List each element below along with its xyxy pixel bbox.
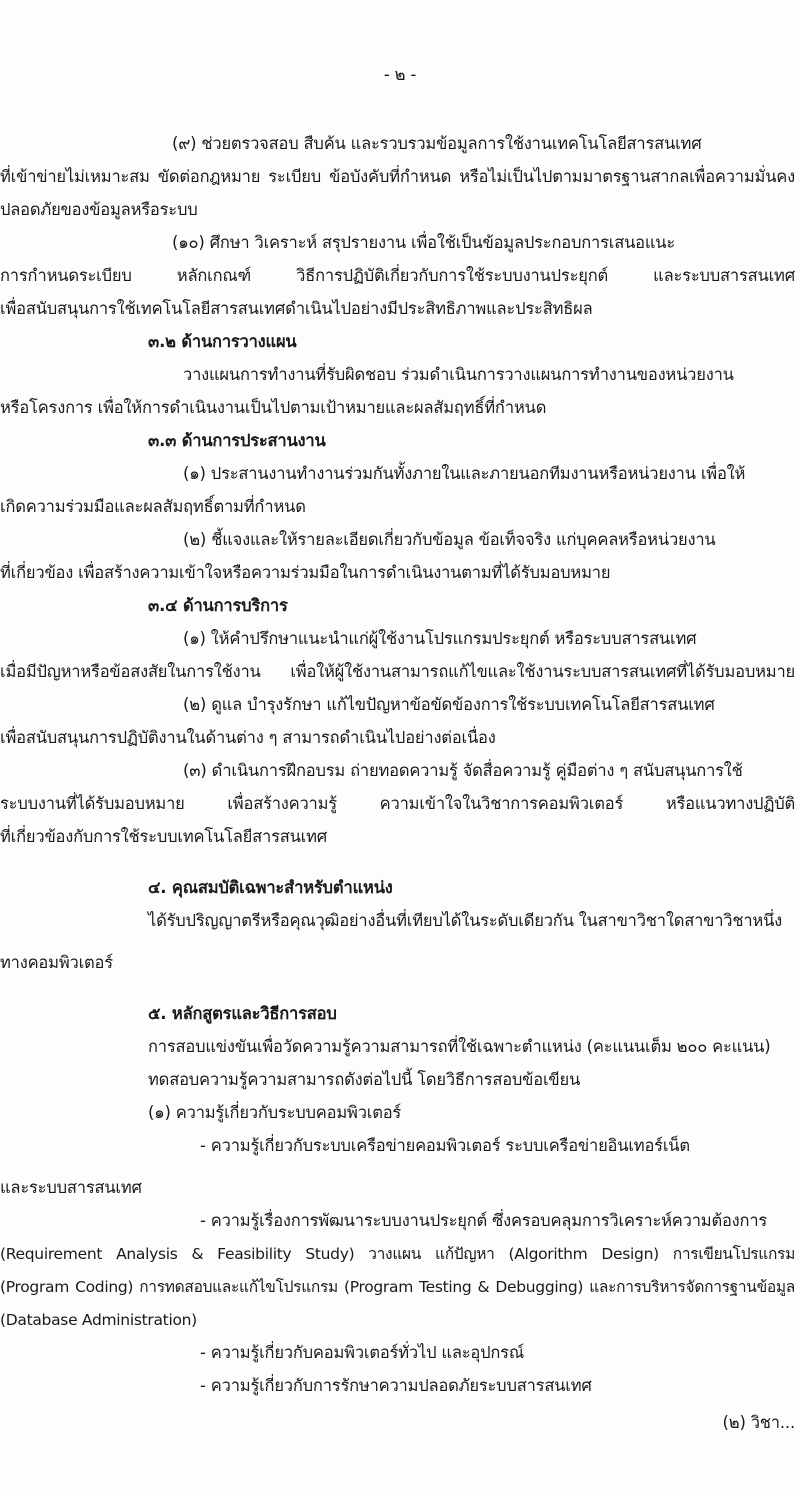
- section-3-2-heading: ๓.๒ ด้านการวางแผน: [148, 329, 297, 355]
- section-3-3-heading: ๓.๓ ด้านการประสานงาน: [148, 428, 326, 454]
- item-10-line-2: การกำหนดระเบียบ หลักเกณฑ์ วิธีการปฏิบัติ…: [0, 263, 795, 289]
- section-5-line-1: การสอบแข่งขันเพื่อวัดความรู้ความสามารถที…: [148, 1034, 770, 1060]
- section-3-3-item-1-line-1: (๑) ประสานงานทำงานร่วมกันทั้งภายในและภาย…: [183, 461, 745, 487]
- bullet-1-line-1: - ความรู้เกี่ยวกับระบบเครือข่ายคอมพิวเตอ…: [200, 1133, 690, 1159]
- page-number: - ๒ -: [0, 62, 800, 88]
- bullet-3-line-1: - ความรู้เกี่ยวกับคอมพิวเตอร์ทั่วไป และอ…: [200, 1340, 524, 1366]
- item-10-line-3: เพื่อสนับสนุนการใช้เทคโนโลยีสารสนเทศดำเน…: [0, 296, 593, 322]
- section-3-3-item-2-line-2: ที่เกี่ยวข้อง เพื่อสร้างความเข้าใจหรือคว…: [0, 560, 610, 586]
- section-3-4-item-3-line-1: (๓) ดำเนินการฝึกอบรม ถ่ายทอดความรู้ จัดส…: [183, 758, 743, 784]
- section-3-4-item-3-line-2: ระบบงานที่ได้รับมอบหมาย เพื่อสร้างความรู…: [0, 791, 795, 817]
- bullet-2-line-2: (Requirement Analysis & Feasibility Stud…: [0, 1241, 795, 1267]
- section-3-2-line-1: วางแผนการทำงานที่รับผิดชอบ ร่วมดำเนินการ…: [183, 362, 734, 388]
- section-3-4-item-3-line-3: ที่เกี่ยวข้องกับการใช้ระบบเทคโนโลยีสารสน…: [0, 824, 327, 850]
- section-3-2-line-2: หรือโครงการ เพื่อให้การดำเนินงานเป็นไปตา…: [0, 395, 546, 421]
- bullet-2-line-4: (Database Administration): [0, 1307, 197, 1333]
- item-10-line-1: (๑๐) ศึกษา วิเคราะห์ สรุปรายงาน เพื่อใช้…: [172, 230, 675, 256]
- item-9-line-2: ที่เข้าข่ายไม่เหมาะสม ขัดต่อกฎหมาย ระเบี…: [0, 164, 795, 190]
- continuation-marker: (๒) วิชา...: [723, 1410, 795, 1436]
- section-4-heading: ๔. คุณสมบัติเฉพาะสำหรับตำแหน่ง: [148, 875, 393, 901]
- item-9-line-1: (๙) ช่วยตรวจสอบ สืบค้น และรวบรวมข้อมูลกา…: [172, 131, 702, 157]
- bullet-1-line-2: และระบบสารสนเทศ: [0, 1175, 142, 1201]
- document-page: - ๒ - (๙) ช่วยตรวจสอบ สืบค้น และรวบรวมข้…: [0, 0, 800, 1490]
- item-9-line-3: ปลอดภัยของข้อมูลหรือระบบ: [0, 197, 198, 223]
- section-3-4-heading: ๓.๔ ด้านการบริการ: [148, 593, 288, 619]
- section-3-4-item-1-line-1: (๑) ให้คำปรึกษาแนะนำแก่ผู้ใช้งานโปรแกรมป…: [183, 626, 696, 652]
- section-3-4-item-2-line-1: (๒) ดูแล บำรุงรักษา แก้ไขปัญหาข้อขัดข้อง…: [183, 692, 715, 718]
- bullet-2-line-1: - ความรู้เรื่องการพัฒนาระบบงานประยุกต์ ซ…: [200, 1208, 767, 1234]
- section-3-3-item-2-line-1: (๒) ชี้แจงและให้รายละเอียดเกี่ยวกับข้อมู…: [183, 527, 715, 553]
- bullet-2-line-3: (Program Coding) การทดสอบและแก้ไขโปรแกรม…: [0, 1274, 795, 1300]
- section-3-4-item-1-line-2: เมื่อมีปัญหาหรือข้อสงสัยในการใช้งาน เพื่…: [0, 659, 795, 685]
- section-5-subsection-heading: (๑) ความรู้เกี่ยวกับระบบคอมพิวเตอร์: [148, 1100, 401, 1126]
- section-3-4-item-2-line-2: เพื่อสนับสนุนการปฏิบัติงานในด้านต่าง ๆ ส…: [0, 725, 496, 751]
- bullet-4-line-1: - ความรู้เกี่ยวกับการรักษาความปลอดภัยระบ…: [200, 1373, 592, 1399]
- section-5-line-2: ทดสอบความรู้ความสามารถดังต่อไปนี้ โดยวิธ…: [148, 1067, 580, 1093]
- section-4-line-1: ได้รับปริญญาตรีหรือคุณวุฒิอย่างอื่นที่เท…: [148, 908, 782, 934]
- section-3-3-item-1-line-2: เกิดความร่วมมือและผลสัมฤทธิ์ตามที่กำหนด: [0, 494, 306, 520]
- section-5-heading: ๕. หลักสูตรและวิธีการสอบ: [148, 1001, 337, 1027]
- section-4-line-2: ทางคอมพิวเตอร์: [0, 950, 113, 976]
